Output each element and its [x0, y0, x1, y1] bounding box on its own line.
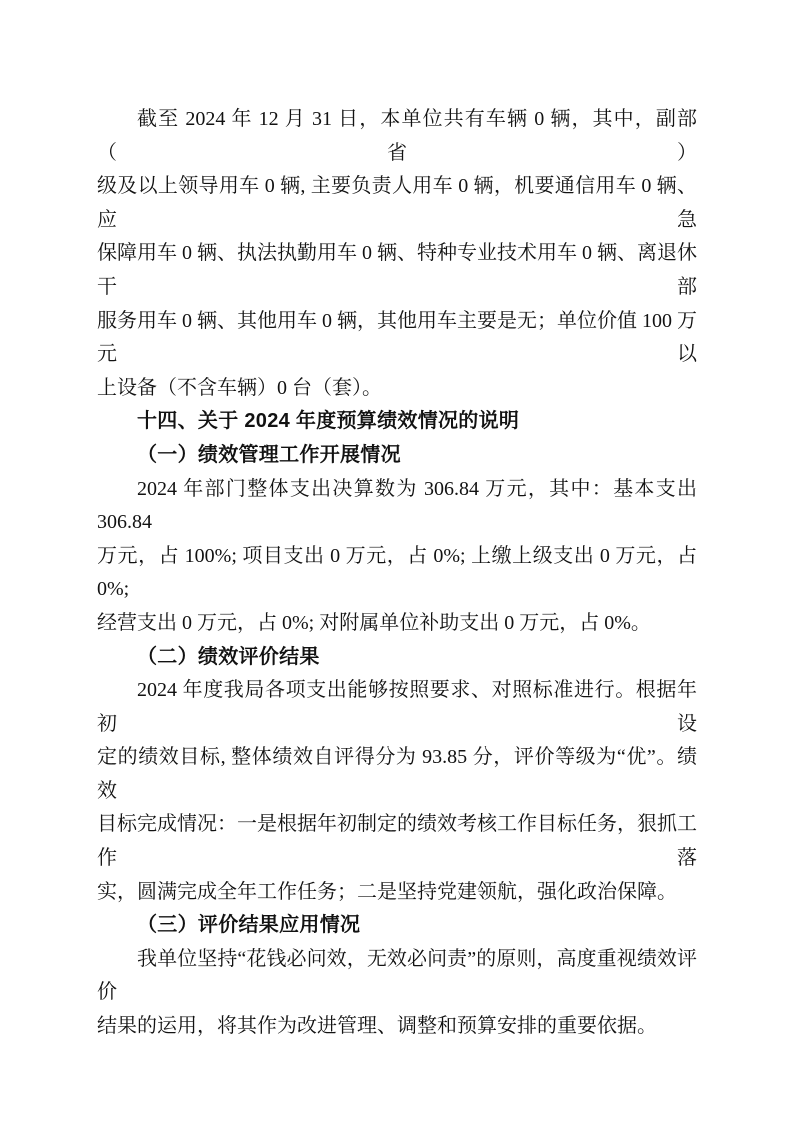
paragraph-line: 截至 2024 年 12 月 31 日，本单位共有车辆 0 辆，其中，副部（省） — [97, 103, 697, 170]
paragraph-line: 2024 年度我局各项支出能够按照要求、对照标准进行。根据年初设 — [97, 674, 697, 741]
paragraph-line: 经营支出 0 万元，占 0%; 对附属单位补助支出 0 万元，占 0%。 — [97, 607, 697, 641]
paragraph-line: 2024 年部门整体支出决算数为 306.84 万元，其中：基本支出 306.8… — [97, 473, 697, 540]
paragraph-line: 实，圆满完成全年工作任务；二是坚持党建领航，强化政治保障。 — [97, 876, 697, 910]
paragraph-line: 结果的运用，将其作为改进管理、调整和预算安排的重要依据。 — [97, 1010, 697, 1044]
paragraph-line: 上设备（不含车辆）0 台（套）。 — [97, 372, 697, 406]
subsection-heading: （一）绩效管理工作开展情况 — [97, 439, 697, 473]
paragraph-line: 服务用车 0 辆、其他用车 0 辆，其他用车主要是无；单位价值 100 万元以 — [97, 305, 697, 372]
subsection-heading: （二）绩效评价结果 — [97, 641, 697, 675]
paragraph-line: 保障用车 0 辆、执法执勤用车 0 辆、特种专业技术用车 0 辆、离退休干部 — [97, 237, 697, 304]
paragraph-line: 我单位坚持“花钱必问效，无效必问责”的原则，高度重视绩效评价 — [97, 943, 697, 1010]
paragraph-line: 级及以上领导用车 0 辆, 主要负责人用车 0 辆，机要通信用车 0 辆、应急 — [97, 170, 697, 237]
paragraph-line: 万元，占 100%; 项目支出 0 万元，占 0%; 上缴上级支出 0 万元，占… — [97, 540, 697, 607]
paragraph-line: 定的绩效目标, 整体绩效自评得分为 93.85 分，评价等级为“优”。绩效 — [97, 741, 697, 808]
section-heading: 十四、关于 2024 年度预算绩效情况的说明 — [97, 405, 697, 439]
subsection-heading: （三）评价结果应用情况 — [97, 909, 697, 943]
document-page: 截至 2024 年 12 月 31 日，本单位共有车辆 0 辆，其中，副部（省）… — [0, 0, 793, 1122]
paragraph-line: 目标完成情况：一是根据年初制定的绩效考核工作目标任务，狠抓工作落 — [97, 808, 697, 875]
